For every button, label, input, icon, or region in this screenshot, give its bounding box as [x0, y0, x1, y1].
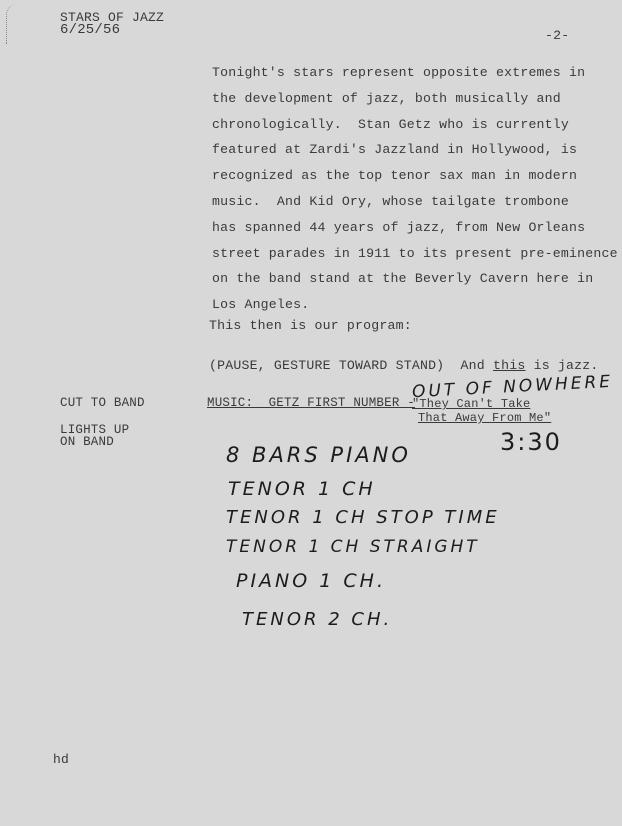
narration-paragraph: Tonight's stars represent opposite extre…	[212, 60, 618, 318]
cue-lights-up-line2: ON BAND	[60, 436, 114, 449]
routine-line: TENOR 2 CH.	[242, 609, 392, 630]
narration-line: Tonight's stars represent opposite extre…	[212, 60, 618, 86]
program-line: This then is our program:	[209, 318, 412, 333]
handwritten-duration: 3:30	[500, 428, 562, 456]
stage-direction: (PAUSE, GESTURE TOWARD STAND)	[209, 358, 444, 373]
pause-direction-line: (PAUSE, GESTURE TOWARD STAND) And this i…	[209, 358, 599, 373]
typist-initials: hd	[53, 752, 69, 767]
narration-line: featured at Zardi's Jazzland in Hollywoo…	[212, 137, 618, 163]
pause-text: is jazz.	[525, 358, 598, 373]
cue-cut-to-band: CUT TO BAND	[60, 396, 145, 410]
routine-line: 8 BARS PIANO	[226, 443, 411, 467]
narration-line: street parades in 1911 to its present pr…	[212, 241, 618, 267]
page-number: -2-	[545, 28, 569, 43]
narration-line: music. And Kid Ory, whose tailgate tromb…	[212, 189, 618, 215]
routine-line: TENOR 1 CH STRAIGHT	[226, 537, 480, 557]
narration-line: chronologically. Stan Getz who is curren…	[212, 112, 618, 138]
narration-line: recognized as the top tenor sax man in m…	[212, 163, 618, 189]
music-cue-label: MUSIC: GETZ FIRST NUMBER -	[207, 396, 415, 410]
routine-line: TENOR 1 CH STOP TIME	[226, 507, 500, 528]
struck-song-title-line2: That Away From Me"	[418, 411, 551, 425]
routine-line: TENOR 1 CH	[228, 478, 376, 500]
narration-line: the development of jazz, both musically …	[212, 86, 618, 112]
narration-line: has spanned 44 years of jazz, from New O…	[212, 215, 618, 241]
emphasized-word: this	[493, 358, 525, 373]
script-date: 6/25/56	[60, 23, 120, 37]
routine-line: PIANO 1 CH.	[236, 570, 386, 592]
pause-text: And	[444, 358, 493, 373]
margin-scribble	[6, 4, 17, 44]
narration-line: Los Angeles.	[212, 292, 618, 318]
narration-line: on the band stand at the Beverly Cavern …	[212, 266, 618, 292]
